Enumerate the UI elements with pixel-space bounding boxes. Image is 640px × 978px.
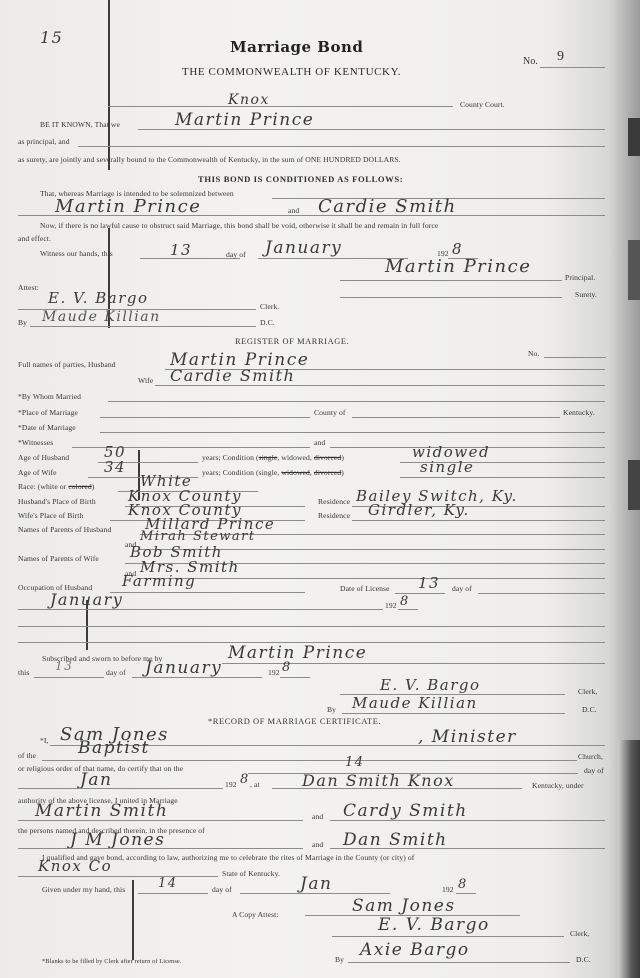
sworn-year-prefix: 192: [268, 668, 280, 677]
license-month: January: [50, 590, 123, 609]
cert-i-label: *I,: [40, 736, 49, 745]
wife-name: Cardie Smith: [170, 366, 295, 385]
residence-label: Residence: [318, 497, 350, 506]
binding-shadow: [628, 240, 640, 300]
document-title: Marriage Bond: [230, 38, 363, 56]
officiant-signature: Sam Jones: [352, 896, 456, 916]
given-day: 14: [158, 876, 178, 891]
license-date-label: Date of License: [340, 584, 390, 593]
copy-attest-label: A Copy Attest:: [232, 910, 279, 919]
binding-shadow: [628, 118, 640, 156]
principal-label: Principal.: [565, 273, 595, 282]
cert-and-label: and: [312, 812, 323, 821]
witnesses-label: *Witnesses: [18, 438, 53, 447]
sworn-clerk-signature: E. V. Bargo: [380, 676, 481, 694]
county-label: County Court.: [460, 100, 505, 109]
binding-shadow: [618, 740, 640, 978]
husband-birth-label: Husband's Place of Birth: [18, 497, 96, 506]
clerk-signature: E. V. Bargo: [48, 289, 149, 307]
license-year-digit: 8: [400, 594, 410, 609]
cert-dc-label: D.C.: [576, 955, 591, 964]
dc-label: D.C.: [260, 318, 275, 327]
date-label: *Date of Marriage: [18, 423, 76, 432]
race-label: Race: (white or colored): [18, 482, 94, 491]
sworn-clerk-label: Clerk,: [578, 687, 597, 696]
sworn-year-digit: 8: [282, 660, 292, 675]
age-husband-label: Age of Husband: [18, 453, 69, 462]
kentucky-under-label: Kentucky, under: [532, 781, 584, 790]
age-wife: 34: [104, 458, 126, 476]
place-label: *Place of Marriage: [18, 408, 78, 417]
given-year-digit: 8: [458, 877, 468, 892]
register-heading: REGISTER OF MARRIAGE.: [235, 337, 349, 346]
cert-dc-signature: Axie Bargo: [360, 940, 470, 960]
cert-day: 14: [345, 755, 365, 770]
register-no-label: No.: [528, 349, 539, 358]
sworn-day: 13: [55, 659, 73, 673]
condition-husband-label: years; Condition (single, widowed, divor…: [202, 453, 344, 462]
binding-shadow: [628, 460, 640, 510]
cert-month: Jan: [80, 770, 112, 790]
given-year-prefix: 192: [442, 885, 454, 894]
occupation: Farming: [122, 572, 196, 590]
party2-name: Cardie Smith: [318, 196, 457, 217]
number-value: 9: [557, 49, 564, 65]
document-subtitle: THE COMMONWEALTH OF KENTUCKY.: [182, 66, 401, 78]
cert-and-label-2: and: [312, 840, 323, 849]
and-effect: and effect.: [18, 234, 51, 243]
now-text: Now, if there is no lawful cause to obst…: [40, 221, 438, 230]
full-names-label: Full names of parties, Husband: [18, 360, 116, 369]
witness-label: Witness our hands, this: [40, 249, 113, 258]
cert-clerk-signature: E. V. Bargo: [378, 915, 490, 935]
cert-clerk-label: Clerk,: [570, 929, 589, 938]
license-year-prefix: 192: [385, 601, 397, 610]
given-month: Jan: [300, 874, 332, 894]
church: Baptist: [78, 738, 150, 758]
cert-day-of: day of: [584, 766, 604, 775]
by-label: By: [18, 318, 27, 327]
sworn-this-label: this: [18, 668, 29, 677]
surety-text: as surety, are jointly and severally bou…: [18, 155, 401, 164]
husband-mother: Mirah Stewart: [140, 529, 256, 544]
of-the-label: of the: [18, 751, 36, 760]
witness-month: January: [265, 238, 342, 258]
sworn-dc-label: D.C.: [582, 705, 597, 714]
witness2: Dan Smith: [343, 830, 448, 850]
church-label: Church,: [578, 752, 603, 761]
binding-line: [108, 0, 110, 170]
condition-wife-label: years; Condition (single, widowed, divor…: [202, 468, 344, 477]
county-city: Knox Co: [38, 857, 112, 875]
sworn-by-label: By: [327, 705, 336, 714]
witness-day: 13: [170, 241, 192, 259]
margin-note: 15: [40, 28, 63, 47]
and-label: and: [288, 206, 299, 215]
be-it-known-label: BE IT KNOWN, That we: [40, 120, 120, 129]
principal-signature: Martin Prince: [385, 256, 531, 277]
cert-year-digit: 8: [240, 772, 250, 787]
state-label: State of Kentucky.: [222, 869, 280, 878]
sworn-day-of: day of: [106, 668, 126, 677]
parents-husband-label: Names of Parents of Husband: [18, 525, 111, 534]
cert-at-label: , at: [250, 780, 260, 789]
groom: Martin Smith: [35, 801, 168, 821]
license-day: 13: [418, 574, 440, 592]
day-of-label: day of: [226, 250, 246, 259]
party1-name: Martin Prince: [55, 196, 201, 217]
officiant-title: , Minister: [418, 727, 517, 747]
clerk-label: Clerk.: [260, 302, 279, 311]
principal-name: Martin Prince: [175, 110, 314, 130]
license-day-of: day of: [452, 584, 472, 593]
as-principal-label: as principal, and: [18, 137, 70, 146]
witnesses-and-label: and: [314, 438, 325, 447]
surety-label: Surety.: [575, 290, 597, 299]
wife-residence: Girdler, Ky.: [368, 501, 470, 519]
marriage-bond-document: 15 Marriage Bond THE COMMONWEALTH OF KEN…: [0, 0, 640, 978]
number-label: No.: [523, 56, 538, 67]
kentucky-label: Kentucky.: [563, 408, 595, 417]
cert-by-label: By: [335, 955, 344, 964]
witness1: J M Jones: [70, 830, 165, 850]
county-of-label: County of: [314, 408, 346, 417]
parents-wife-label: Names of Parents of Wife: [18, 554, 99, 563]
bride: Cardy Smith: [343, 801, 468, 821]
cert-year-prefix: 192: [225, 780, 237, 789]
footnote: *Blanks to be filled by Clerk after retu…: [42, 958, 182, 965]
attest-label: Attest:: [18, 283, 39, 292]
age-wife-label: Age of Wife: [18, 468, 57, 477]
given-day-of: day of: [212, 885, 232, 894]
county-line: [108, 106, 453, 107]
number-line: [540, 67, 605, 68]
dc-signature: Maude Killian: [42, 309, 161, 325]
conditioned-heading: THIS BOND IS CONDITIONED AS FOLLOWS:: [198, 174, 403, 184]
sworn-month: January: [145, 658, 222, 678]
binding-line: [132, 880, 134, 960]
certificate-heading: *RECORD OF MARRIAGE CERTIFICATE.: [208, 717, 381, 726]
wife-birth-label: Wife's Place of Birth: [18, 511, 83, 520]
wife-label: Wife: [138, 376, 153, 385]
wife-residence-label: Residence: [318, 511, 350, 520]
given-label: Given under my hand, this: [42, 885, 125, 894]
sworn-dc-signature: Maude Killian: [352, 694, 478, 712]
condition-wife: single: [420, 458, 474, 476]
sworn-by: Martin Prince: [228, 643, 367, 663]
by-whom-label: *By Whom Married: [18, 392, 81, 401]
